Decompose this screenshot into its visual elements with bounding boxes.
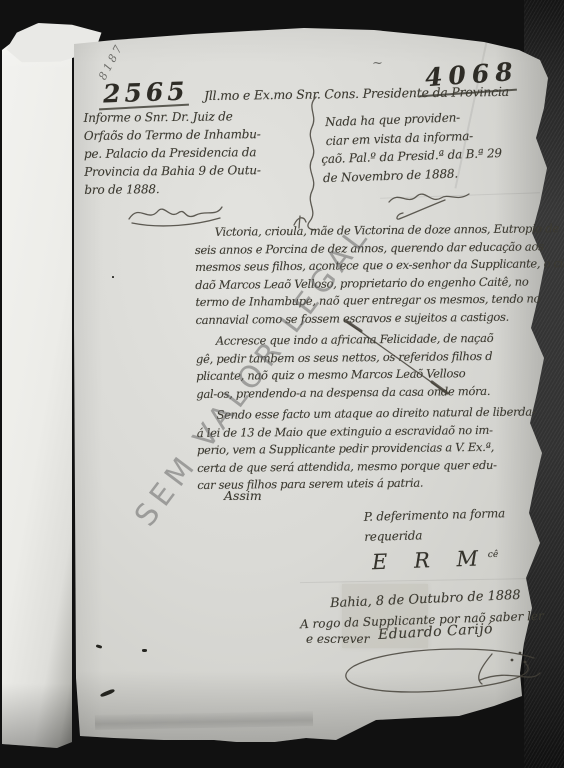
pen-stroke xyxy=(344,318,454,400)
plea-line: requerida xyxy=(364,523,506,547)
rubric-flourish xyxy=(385,186,475,222)
erm-formula: E R Mcê xyxy=(372,546,499,574)
scanned-manuscript-page: 8187 ~ 2565 4068 Jll.mo e Ex.mo Snr. Con… xyxy=(0,0,564,768)
plea-line: P. deferimento na forma xyxy=(364,503,506,527)
assim-word: Assim xyxy=(224,488,262,503)
adjacent-page-edge xyxy=(2,28,72,748)
erm-superscript: cê xyxy=(488,550,499,560)
erm-text: E R M xyxy=(372,546,489,574)
ink-speck xyxy=(112,276,114,278)
page-edge-shading xyxy=(2,28,72,748)
paper-crease xyxy=(300,578,540,583)
despatch-left-line: Orfaõs do Termo de Inhambu- xyxy=(84,125,261,145)
column-brace xyxy=(303,96,321,232)
despatch-left-line: bro de 1888. xyxy=(84,179,261,199)
despatch-left: Informe o Snr. Dr. Juiz de Orfaõs do Ter… xyxy=(84,107,262,199)
despatch-left-line: pe. Palacio da Presidencia da xyxy=(84,143,261,163)
signature-flourish xyxy=(332,640,544,702)
closing-plea: P. deferimento na forma requerida xyxy=(364,503,506,547)
ink-speck xyxy=(142,649,147,652)
despatch-left-line: Informe o Snr. Dr. Juiz de xyxy=(84,107,261,127)
despatch-left-line: Provincia da Bahia 9 de Outu- xyxy=(84,161,261,181)
despatch-right: Nada ha que providen- ciar em vista da i… xyxy=(325,107,503,187)
pencil-tilde-mark: ~ xyxy=(372,56,383,71)
